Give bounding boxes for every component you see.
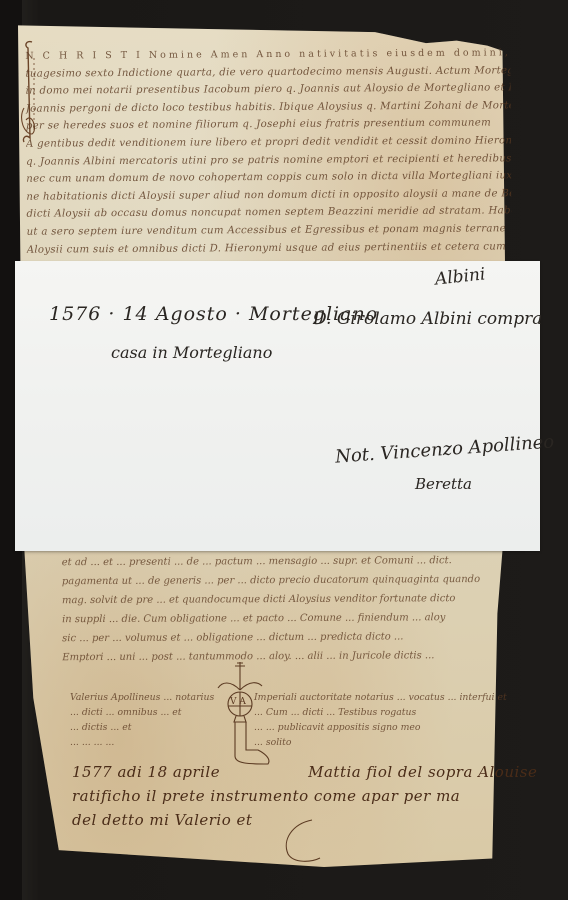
label-buyer: D. Girolamo Albini compra bbox=[313, 309, 542, 329]
notary-subscription-left: Valerius Apollineus ... notarius ... dic… bbox=[70, 690, 220, 750]
notary-signum-icon: V A bbox=[210, 660, 300, 770]
manuscript-line: sic ... per ... volumus et ... obligatio… bbox=[62, 627, 522, 648]
ratification-line: ratificho il prete instrumento come apar… bbox=[72, 784, 512, 808]
manuscript-line: in suppli ... die. Cum obligatione ... e… bbox=[62, 608, 522, 629]
manuscript-line: pagamenta ut ... de generis ... per ... … bbox=[62, 570, 522, 591]
label-family-name: Albini bbox=[434, 264, 486, 289]
manuscript-line: Aloysii cum suis et omnibus dicti D. Hie… bbox=[27, 238, 512, 259]
subscription-line: ... ... ... ... bbox=[70, 735, 220, 750]
ratification-party: Mattia fiol del sopra Alouise bbox=[308, 760, 537, 784]
label-notary: Not. Vincenzo Apollineo bbox=[335, 431, 555, 467]
label-place-note: Beretta bbox=[415, 475, 472, 493]
manuscript-line: mag. solvit de pre ... et quandocumque d… bbox=[62, 589, 522, 610]
manuscript-text-top: N C H R I S T I Nomine Amen Anno nativit… bbox=[25, 44, 511, 259]
signature-flourish-icon bbox=[272, 818, 332, 868]
archival-label: Albini 1576 · 14 Agosto · Mortegliano D.… bbox=[15, 261, 540, 551]
label-object: casa in Mortegliano bbox=[111, 343, 272, 362]
manuscript-text-bottom: et ad ... et ... presenti ... de ... pac… bbox=[62, 551, 523, 667]
ratification-date: 1577 adi 18 aprile bbox=[72, 760, 220, 784]
subscription-line: ... dictis ... et bbox=[70, 720, 220, 735]
signum-letters: V A bbox=[229, 697, 246, 707]
ratification-line: 1577 adi 18 aprile Mattia fiol del sopra… bbox=[72, 760, 512, 784]
subscription-line: Valerius Apollineus ... notarius bbox=[70, 690, 220, 705]
subscription-line: ... dicti ... omnibus ... et bbox=[70, 705, 220, 720]
